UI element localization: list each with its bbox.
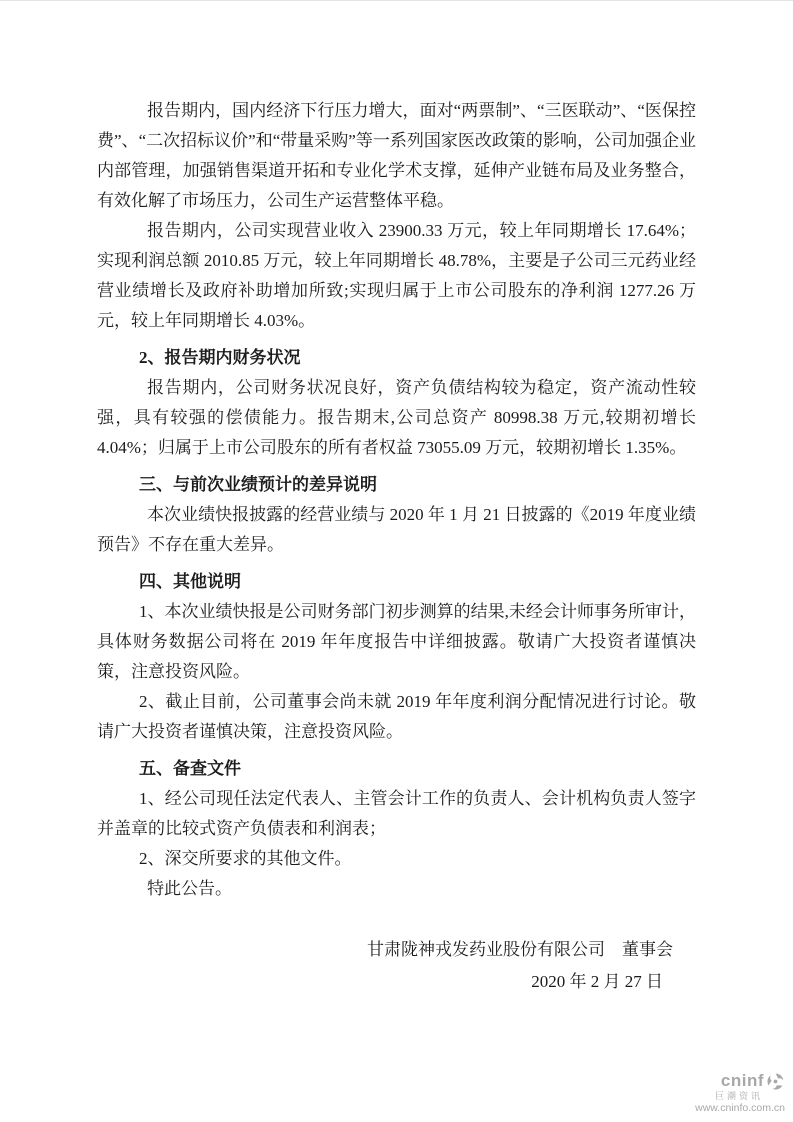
paragraph-closing-statement: 特此公告。 (97, 874, 696, 904)
paragraph-other-note-2: 2、截止目前，公司董事会尚未就 2019 年年度利润分配情况进行讨论。敬请广大投… (97, 687, 696, 747)
signature-date: 2020 年 2 月 27 日 (97, 966, 696, 998)
cninfo-swirl-icon (766, 1072, 785, 1091)
cninfo-chinese-name: 巨潮资讯 (695, 1092, 763, 1101)
signature-company: 甘肃陇神戎发药业股份有限公司 董事会 (97, 934, 696, 966)
heading-other-notes: 四、其他说明 (97, 567, 696, 597)
paragraph-economy-overview: 报告期内，国内经济下行压力增大，面对“两票制”、“三医联动”、“医保控费”、“二… (97, 96, 696, 216)
paragraph-reference-doc-2: 2、深交所要求的其他文件。 (97, 844, 696, 874)
paragraph-forecast-difference: 本次业绩快报披露的经营业绩与 2020 年 1 月 21 日披露的《2019 年… (97, 500, 696, 560)
announcement-body: 报告期内，国内经济下行压力增大，面对“两票制”、“三医联动”、“医保控费”、“二… (0, 1, 793, 998)
paragraph-reference-doc-1: 1、经公司现任法定代表人、主管会计工作的负责人、会计机构负责人签字并盖章的比较式… (97, 784, 696, 844)
paragraph-financial-status: 报告期内，公司财务状况良好，资产负债结构较为稳定，资产流动性较强，具有较强的偿债… (97, 373, 696, 463)
heading-forecast-difference: 三、与前次业绩预计的差异说明 (97, 470, 696, 500)
heading-reference-documents: 五、备查文件 (97, 754, 696, 784)
heading-financial-status: 2、报告期内财务状况 (97, 343, 696, 373)
document-page: { "page": { "content": { "para_economy":… (0, 0, 793, 1122)
cninfo-brand-text: cninf (721, 1072, 764, 1090)
paragraph-other-note-1: 1、本次业绩快报是公司财务部门初步测算的结果,未经会计师事务所审计，具体财务数据… (97, 597, 696, 687)
signature-block: 甘肃陇神戎发药业股份有限公司 董事会 2020 年 2 月 27 日 (97, 934, 696, 998)
cninfo-url: www.cninfo.com.cn (695, 1103, 785, 1114)
paragraph-operating-results: 报告期内，公司实现营业收入 23900.33 万元，较上年同期增长 17.64%… (97, 216, 696, 336)
cninfo-watermark: cninf 巨潮资讯 www.cninfo.com.cn (695, 1072, 789, 1114)
